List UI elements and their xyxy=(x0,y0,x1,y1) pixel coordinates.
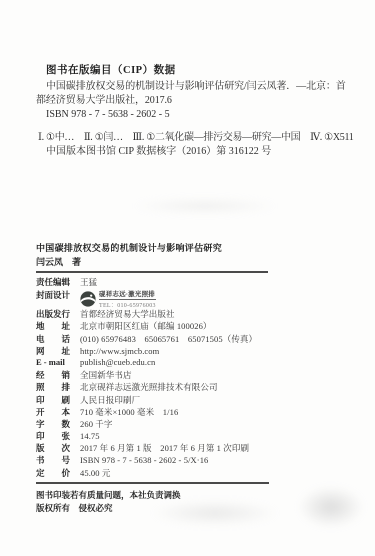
logo-company-name: 砚祥志远·激光照排 xyxy=(99,289,156,300)
row-label: 经 销 xyxy=(36,369,80,381)
colophon-row-website: 网 址 http://www.sjmcb.com xyxy=(36,345,356,357)
row-value: 260 千字 xyxy=(80,418,112,430)
row-value: 北京市朝阳区红庙（邮编 100026） xyxy=(80,320,212,332)
copyright-page: 图书在版编目（CIP）数据 中国碳排放权交易的机制设计与影响评估研究/闫云凤著．… xyxy=(0,0,375,556)
row-label: 责任编辑 xyxy=(36,276,80,288)
logo-text: 砚祥志远·激光照排 TEL：010-65976003 xyxy=(99,289,156,309)
book-author: 闫云凤 著 xyxy=(36,255,81,268)
cip-record-number: 中国版本图书馆 CIP 数据核字（2016）第 316122 号 xyxy=(46,142,271,157)
divider-bottom xyxy=(36,482,269,484)
row-label: 版 次 xyxy=(36,442,80,454)
quality-notice: 图书印装若有质量问题，本社负责调换 xyxy=(36,489,181,501)
scan-artifact xyxy=(130,198,280,214)
row-label: 开 本 xyxy=(36,406,80,418)
colophon-row-distribution: 经 销 全国新华书店 xyxy=(36,369,356,381)
colophon-row-cover-design: 封面设计 砚祥志远·激光照排 TEL：010-65976003 xyxy=(36,288,356,308)
typesetting-company-logo: 砚祥志远·激光照排 TEL：010-65976003 xyxy=(80,289,156,309)
colophon-row-address: 地 址 北京市朝阳区红庙（邮编 100026） xyxy=(36,320,356,332)
book-title: 中国碳排放权交易的机制设计与影响评估研究 xyxy=(36,241,222,254)
row-value: 14.75 xyxy=(80,431,100,441)
colophon-row-sheets: 印 张 14.75 xyxy=(36,430,356,442)
cip-heading: 图书在版编目（CIP）数据 xyxy=(46,62,176,77)
scan-artifact xyxy=(298,486,364,528)
colophon-row-telephone: 电 话 (010) 65976483 65065761 65071505（传真） xyxy=(36,333,356,345)
row-value: 北京砚祥志远激光照排技术有限公司 xyxy=(80,381,218,393)
row-label: 书 号 xyxy=(36,454,80,466)
scan-artifact xyxy=(150,500,280,526)
cip-isbn: ISBN 978 - 7 - 5638 - 2602 - 5 xyxy=(46,109,170,120)
row-value: 人民日报印刷厂 xyxy=(80,394,140,406)
row-value: http://www.sjmcb.com xyxy=(80,346,159,356)
row-value: 710 毫米×1000 毫米 1/16 xyxy=(80,406,178,418)
divider-top xyxy=(36,271,268,273)
row-label: 地 址 xyxy=(36,320,80,332)
colophon-row-editor: 责任编辑 王猛 xyxy=(36,276,356,288)
colophon-row-price: 定 价 45.00 元 xyxy=(36,467,356,479)
row-value: ISBN 978 - 7 - 5638 - 2602 - 5/X·16 xyxy=(80,455,208,465)
row-label: E - mail xyxy=(36,357,80,367)
row-value: 王猛 xyxy=(80,276,97,288)
colophon-row-format: 开 本 710 毫米×1000 毫米 1/16 xyxy=(36,406,356,418)
row-label: 出版发行 xyxy=(36,308,80,320)
row-label: 定 价 xyxy=(36,467,80,479)
colophon-row-edition: 版 次 2017 年 6 月第 1 版 2017 年 6 月第 1 次印刷 xyxy=(36,442,356,454)
row-label: 电 话 xyxy=(36,333,80,345)
row-label: 照 排 xyxy=(36,381,80,393)
row-value: 45.00 元 xyxy=(80,467,110,479)
yanxiang-logo-icon xyxy=(80,291,96,307)
row-label: 印 刷 xyxy=(36,394,80,406)
colophon-row-typesetting: 照 排 北京砚祥志远激光照排技术有限公司 xyxy=(36,381,356,393)
row-label: 字 数 xyxy=(36,418,80,430)
copyright-notice: 版权所有 侵权必究 xyxy=(36,502,113,514)
colophon-row-printing: 印 刷 人民日报印刷厂 xyxy=(36,394,356,406)
row-value: publish@cueb.edu.cn xyxy=(80,357,155,367)
row-value: (010) 65976483 65065761 65071505（传真） xyxy=(80,333,257,345)
row-value: 2017 年 6 月第 1 版 2017 年 6 月第 1 次印刷 xyxy=(80,442,249,454)
cip-description: 中国碳排放权交易的机制设计与影响评估研究/闫云凤著．—北京：首都经济贸易大学出版… xyxy=(36,80,354,107)
cip-classification: Ⅰ. ①中… Ⅱ. ①闫… Ⅲ. ①二氧化碳—排污交易—研究—中国 Ⅳ. ①X5… xyxy=(38,128,368,143)
row-value: 首都经济贸易大学出版社 xyxy=(80,308,175,320)
colophon-row-publisher: 出版发行 首都经济贸易大学出版社 xyxy=(36,308,356,320)
colophon-row-book-number: 书 号 ISBN 978 - 7 - 5638 - 2602 - 5/X·16 xyxy=(36,454,356,466)
colophon-row-word-count: 字 数 260 千字 xyxy=(36,418,356,430)
row-label: 封面设计 xyxy=(36,289,80,301)
row-value: 全国新华书店 xyxy=(80,369,132,381)
colophon: 责任编辑 王猛 封面设计 砚祥志远·激光照排 TEL：010-65976003 … xyxy=(36,276,356,479)
colophon-row-email: E - mail publish@cueb.edu.cn xyxy=(36,357,356,369)
row-label: 印 张 xyxy=(36,430,80,442)
row-label: 网 址 xyxy=(36,345,80,357)
